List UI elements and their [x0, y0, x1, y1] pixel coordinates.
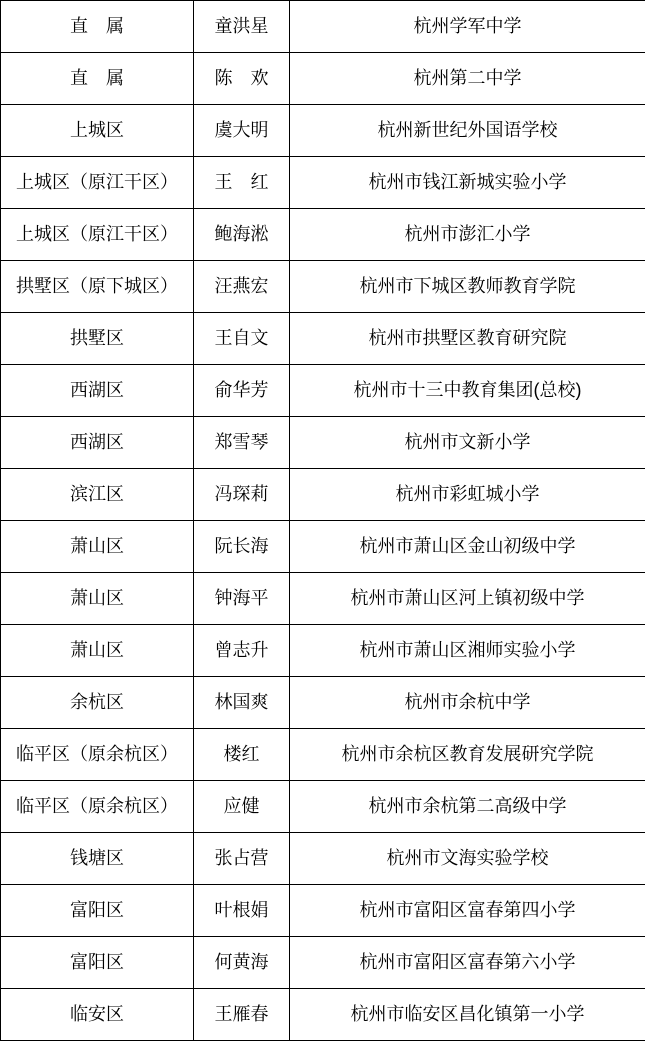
school-cell: 杭州市十三中教育集团(总校)	[290, 365, 645, 417]
table-row: 萧山区阮长海杭州市萧山区金山初级中学	[1, 521, 645, 573]
teacher-name-cell: 王雁春	[194, 989, 290, 1041]
district-cell: 西湖区	[1, 417, 194, 469]
table-row: 西湖区俞华芳杭州市十三中教育集团(总校)	[1, 365, 645, 417]
school-cell: 杭州市萧山区河上镇初级中学	[290, 573, 645, 625]
school-cell: 杭州市富阳区富春第六小学	[290, 937, 645, 989]
teacher-name-cell: 林国爽	[194, 677, 290, 729]
teacher-name-cell: 俞华芳	[194, 365, 290, 417]
school-cell: 杭州市余杭中学	[290, 677, 645, 729]
school-cell: 杭州市临安区昌化镇第一小学	[290, 989, 645, 1041]
teacher-name-cell: 鲍海淞	[194, 209, 290, 261]
school-cell: 杭州市彩虹城小学	[290, 469, 645, 521]
teacher-name-cell: 何黄海	[194, 937, 290, 989]
table-row: 临平区（原余杭区）楼红杭州市余杭区教育发展研究学院	[1, 729, 645, 781]
district-cell: 拱墅区	[1, 313, 194, 365]
district-cell: 直 属	[1, 53, 194, 105]
district-cell: 余杭区	[1, 677, 194, 729]
school-cell: 杭州市钱江新城实验小学	[290, 157, 645, 209]
teacher-name-cell: 应健	[194, 781, 290, 833]
table-row: 拱墅区王自文杭州市拱墅区教育研究院	[1, 313, 645, 365]
table-row: 富阳区何黄海杭州市富阳区富春第六小学	[1, 937, 645, 989]
district-cell: 萧山区	[1, 573, 194, 625]
school-cell: 杭州市下城区教师教育学院	[290, 261, 645, 313]
district-cell: 临安区	[1, 989, 194, 1041]
teacher-name-cell: 虞大明	[194, 105, 290, 157]
teacher-name-cell: 钟海平	[194, 573, 290, 625]
teacher-name-cell: 郑雪琴	[194, 417, 290, 469]
school-cell: 杭州市拱墅区教育研究院	[290, 313, 645, 365]
table-row: 余杭区林国爽杭州市余杭中学	[1, 677, 645, 729]
school-cell: 杭州市余杭区教育发展研究学院	[290, 729, 645, 781]
school-cell: 杭州市萧山区金山初级中学	[290, 521, 645, 573]
school-cell: 杭州市文海实验学校	[290, 833, 645, 885]
school-cell: 杭州学军中学	[290, 1, 645, 53]
teacher-name-cell: 张占营	[194, 833, 290, 885]
district-cell: 临平区（原余杭区）	[1, 781, 194, 833]
school-cell: 杭州第二中学	[290, 53, 645, 105]
table-row: 萧山区钟海平杭州市萧山区河上镇初级中学	[1, 573, 645, 625]
teacher-name-cell: 王自文	[194, 313, 290, 365]
table-row: 西湖区郑雪琴杭州市文新小学	[1, 417, 645, 469]
table-row: 萧山区曾志升杭州市萧山区湘师实验小学	[1, 625, 645, 677]
district-cell: 上城区（原江干区）	[1, 209, 194, 261]
table-row: 直 属童洪星杭州学军中学	[1, 1, 645, 53]
district-cell: 直 属	[1, 1, 194, 53]
table-row: 滨江区冯琛莉杭州市彩虹城小学	[1, 469, 645, 521]
district-cell: 临平区（原余杭区）	[1, 729, 194, 781]
district-cell: 拱墅区（原下城区）	[1, 261, 194, 313]
table-row: 拱墅区（原下城区）汪燕宏杭州市下城区教师教育学院	[1, 261, 645, 313]
district-cell: 钱塘区	[1, 833, 194, 885]
table-row: 直 属陈 欢杭州第二中学	[1, 53, 645, 105]
teacher-name-cell: 冯琛莉	[194, 469, 290, 521]
district-cell: 上城区（原江干区）	[1, 157, 194, 209]
table-row: 富阳区叶根娟杭州市富阳区富春第四小学	[1, 885, 645, 937]
teacher-name-cell: 陈 欢	[194, 53, 290, 105]
awardees-table-body: 直 属童洪星杭州学军中学直 属陈 欢杭州第二中学上城区虞大明杭州新世纪外国语学校…	[1, 1, 645, 1041]
school-cell: 杭州市余杭第二高级中学	[290, 781, 645, 833]
school-cell: 杭州市文新小学	[290, 417, 645, 469]
district-cell: 富阳区	[1, 937, 194, 989]
table-row: 上城区（原江干区）鲍海淞杭州市澎汇小学	[1, 209, 645, 261]
district-cell: 富阳区	[1, 885, 194, 937]
teacher-name-cell: 阮长海	[194, 521, 290, 573]
teacher-name-cell: 王 红	[194, 157, 290, 209]
table-row: 钱塘区张占营杭州市文海实验学校	[1, 833, 645, 885]
teacher-name-cell: 楼红	[194, 729, 290, 781]
teacher-name-cell: 曾志升	[194, 625, 290, 677]
district-cell: 上城区	[1, 105, 194, 157]
school-cell: 杭州市富阳区富春第四小学	[290, 885, 645, 937]
district-cell: 滨江区	[1, 469, 194, 521]
district-cell: 萧山区	[1, 521, 194, 573]
district-cell: 萧山区	[1, 625, 194, 677]
awardees-table: 直 属童洪星杭州学军中学直 属陈 欢杭州第二中学上城区虞大明杭州新世纪外国语学校…	[0, 0, 645, 1041]
table-row: 临安区王雁春杭州市临安区昌化镇第一小学	[1, 989, 645, 1041]
school-cell: 杭州市澎汇小学	[290, 209, 645, 261]
teacher-name-cell: 叶根娟	[194, 885, 290, 937]
teacher-name-cell: 汪燕宏	[194, 261, 290, 313]
table-row: 上城区虞大明杭州新世纪外国语学校	[1, 105, 645, 157]
school-cell: 杭州市萧山区湘师实验小学	[290, 625, 645, 677]
table-row: 上城区（原江干区）王 红杭州市钱江新城实验小学	[1, 157, 645, 209]
table-row: 临平区（原余杭区）应健杭州市余杭第二高级中学	[1, 781, 645, 833]
teacher-name-cell: 童洪星	[194, 1, 290, 53]
district-cell: 西湖区	[1, 365, 194, 417]
school-cell: 杭州新世纪外国语学校	[290, 105, 645, 157]
